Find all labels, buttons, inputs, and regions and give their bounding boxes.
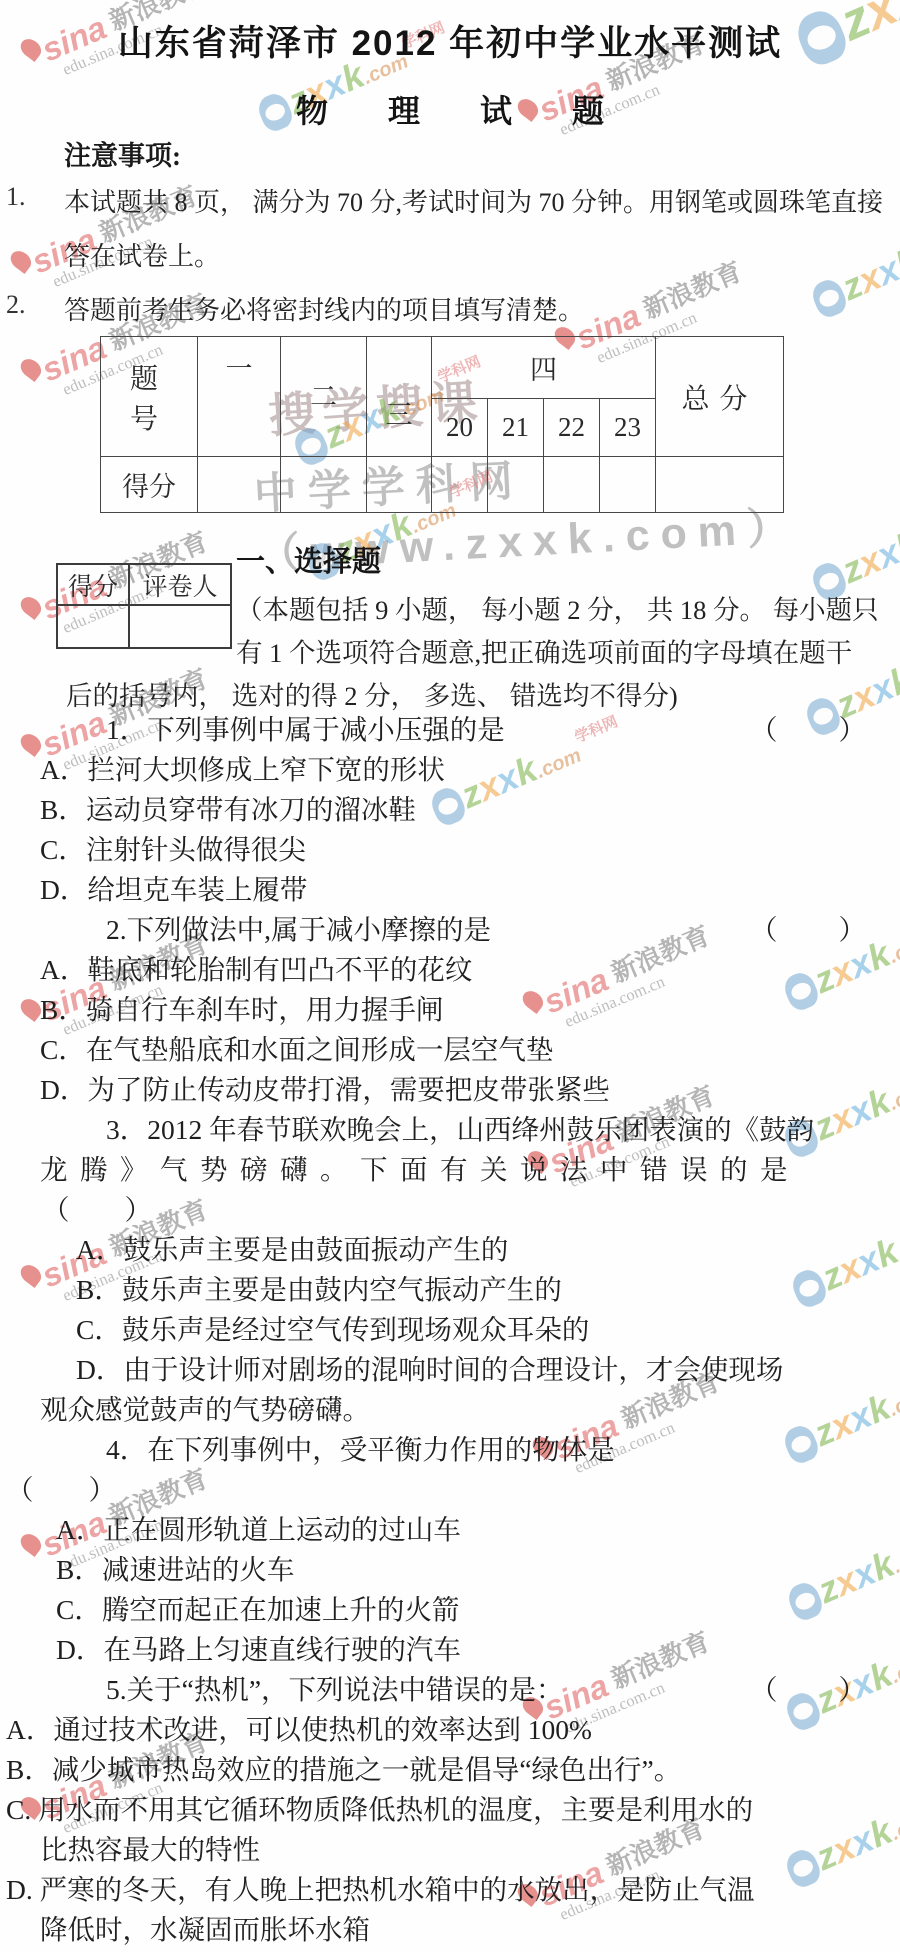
exam-paper-page: { "page": { "title": "山东省菏泽市 2012 年初中学业水… bbox=[0, 0, 900, 1952]
question-3-stem-line-1: 3．2012 年春节联欢晚会上，山西绛州鼓乐团表演的《鼓韵 bbox=[0, 1110, 900, 1150]
col-section-four: 四 bbox=[432, 337, 656, 399]
section-one-heading: 一、选择题 bbox=[236, 539, 381, 580]
col-section-two: 二 bbox=[281, 337, 367, 457]
col-total: 总分 bbox=[656, 337, 784, 457]
question-2-stem: 2.下列做法中,属于减小摩擦的是 （ ） bbox=[0, 910, 900, 950]
question-5-option-c-continuation: 比热容最大的特性 bbox=[0, 1830, 900, 1870]
exam-subtitle: 物 理 试 题 bbox=[0, 86, 900, 132]
answer-bracket: （ ） bbox=[750, 910, 868, 950]
question-3-option-d: D．由于设计师对剧场的混响时间的合理设计，才会使现场 bbox=[0, 1350, 900, 1390]
question-3-option-c: C．鼓乐声是经过空气传到现场观众耳朵的 bbox=[0, 1310, 900, 1350]
notice-item-2-text: 答题前考生务必将密封线内的项目填写清楚。 bbox=[64, 290, 584, 327]
questions-block: 1．下列事例中属于减小压强的是 （ ） A．拦河大坝修成上窄下宽的形状 B．运动… bbox=[0, 710, 900, 1950]
question-4-option-b: B．减速进站的火车 bbox=[0, 1550, 900, 1590]
grader-box-score-label: 得分 bbox=[57, 564, 129, 605]
notice-item-2: 2. 答题前考生务必将密封线内的项目填写清楚。 bbox=[0, 290, 900, 324]
notice-heading: 注意事项: bbox=[64, 134, 181, 173]
question-5-option-d-continuation: 降低时，水凝固而胀坏水箱 bbox=[0, 1910, 900, 1950]
question-5-stem: 5.关于“热机”，下列说法中错误的是： （ ） bbox=[0, 1670, 900, 1710]
question-2-option-a: A．鞋底和轮胎制有凹凸不平的花纹 bbox=[0, 950, 900, 990]
notice-item-1-line-1: 1. 本试题共 8 页， 满分为 70 分,考试时间为 70 分钟。用钢笔或圆珠… bbox=[0, 182, 900, 216]
question-3-answer-bracket: （ ） bbox=[0, 1190, 900, 1230]
question-4-option-a: A．正在圆形轨道上运动的过山车 bbox=[0, 1510, 900, 1550]
notice-item-1-text: 本试题共 8 页， 满分为 70 分,考试时间为 70 分钟。用钢笔或圆珠笔直接 bbox=[64, 182, 883, 219]
score-cell-empty bbox=[544, 457, 600, 513]
question-3-option-d-continuation: 观众感觉鼓声的气势磅礴。 bbox=[0, 1390, 900, 1430]
question-5-option-d: D. 严寒的冬天，有人晚上把热机水箱中的水放出，是防止气温 bbox=[0, 1870, 900, 1910]
question-3-option-b: B．鼓乐声主要是由鼓内空气振动产生的 bbox=[0, 1270, 900, 1310]
question-5-option-a: A．通过技术改进，可以使热机的效率达到 100% bbox=[0, 1710, 900, 1750]
question-4-option-c: C．腾空而起正在加速上升的火箭 bbox=[0, 1590, 900, 1630]
score-row-label: 得分 bbox=[101, 457, 198, 513]
score-cell-empty bbox=[432, 457, 488, 513]
question-4-stem: 4．在下列事例中，受平衡力作用的物体是 bbox=[0, 1430, 900, 1470]
question-2-option-d: D．为了防止传动皮带打滑，需要把皮带张紧些 bbox=[0, 1070, 900, 1110]
question-1-option-c: C．注射针头做得很尖 bbox=[0, 830, 900, 870]
answer-bracket: （ ） bbox=[750, 1670, 868, 1710]
answer-bracket: （ ） bbox=[750, 710, 868, 750]
question-3-stem-line-2: 龙腾》气势磅礴。下面有关说法中错误的是 bbox=[0, 1150, 900, 1190]
section-one-intro-line-2: 有 1 个选项符合题意,把正确选项前面的字母填在题干 bbox=[236, 631, 852, 670]
question-3-option-a: A．鼓乐声主要是由鼓面振动产生的 bbox=[0, 1230, 900, 1270]
sub-col-20: 20 bbox=[432, 399, 488, 457]
question-1-option-b: B．运动员穿带有冰刀的溜冰鞋 bbox=[0, 790, 900, 830]
section-one-intro-line-3: 后的括号内， 选对的得 2 分， 多选、 错选均不得分) bbox=[66, 674, 678, 713]
question-4-answer-bracket: （ ） bbox=[0, 1470, 900, 1510]
question-5-option-b: B．减少城市热岛效应的措施之一就是倡导“绿色出行”。 bbox=[0, 1750, 900, 1790]
question-number-header: 题 号 bbox=[101, 337, 198, 457]
score-cell-empty bbox=[198, 457, 281, 513]
score-cell-empty bbox=[600, 457, 656, 513]
score-cell-empty bbox=[367, 457, 432, 513]
notice-item-1-text-cont: 答在试卷上。 bbox=[64, 236, 220, 273]
question-2-option-b: B．骑自行车刹车时，用力握手闸 bbox=[0, 990, 900, 1030]
notice-item-1-marker: 1. bbox=[6, 182, 26, 212]
grader-box-grader-label: 评卷人 bbox=[129, 564, 231, 605]
score-cell-empty bbox=[281, 457, 367, 513]
question-2-option-c: C．在气垫船底和水面之间形成一层空气垫 bbox=[0, 1030, 900, 1070]
sub-col-22: 22 bbox=[544, 399, 600, 457]
question-5-option-c: C. 用水而不用其它循环物质降低热机的温度，主要是利用水的 bbox=[0, 1790, 900, 1830]
col-section-three: 三 bbox=[367, 337, 432, 457]
sub-col-23: 23 bbox=[600, 399, 656, 457]
grader-box-empty-cell bbox=[57, 605, 129, 648]
col-section-one: 一 bbox=[198, 337, 281, 457]
score-cell-empty bbox=[656, 457, 784, 513]
notice-item-1-line-2: 答在试卷上。 bbox=[0, 236, 900, 270]
exam-title: 山东省菏泽市 2012 年初中学业水平测试 bbox=[0, 16, 900, 66]
grader-box-empty-cell bbox=[129, 605, 231, 648]
question-1-option-a: A．拦河大坝修成上窄下宽的形状 bbox=[0, 750, 900, 790]
score-summary-table: 题 号 一 二 三 四 总分 20 21 22 23 得分 bbox=[100, 336, 784, 513]
sub-col-21: 21 bbox=[488, 399, 544, 457]
section-one-intro-line-1: （本题包括 9 小题， 每小题 2 分， 共 18 分。 每小题只 bbox=[236, 588, 879, 627]
question-1-option-d: D．给坦克车装上履带 bbox=[0, 870, 900, 910]
grader-score-box: 得分 评卷人 bbox=[56, 563, 232, 649]
score-cell-empty bbox=[488, 457, 544, 513]
notice-item-2-marker: 2. bbox=[6, 290, 26, 320]
document-content: 山东省菏泽市 2012 年初中学业水平测试 物 理 试 题 注意事项: 1. 本… bbox=[0, 0, 900, 1952]
question-1-stem: 1．下列事例中属于减小压强的是 （ ） bbox=[0, 710, 900, 750]
question-4-option-d: D．在马路上匀速直线行驶的汽车 bbox=[0, 1630, 900, 1670]
